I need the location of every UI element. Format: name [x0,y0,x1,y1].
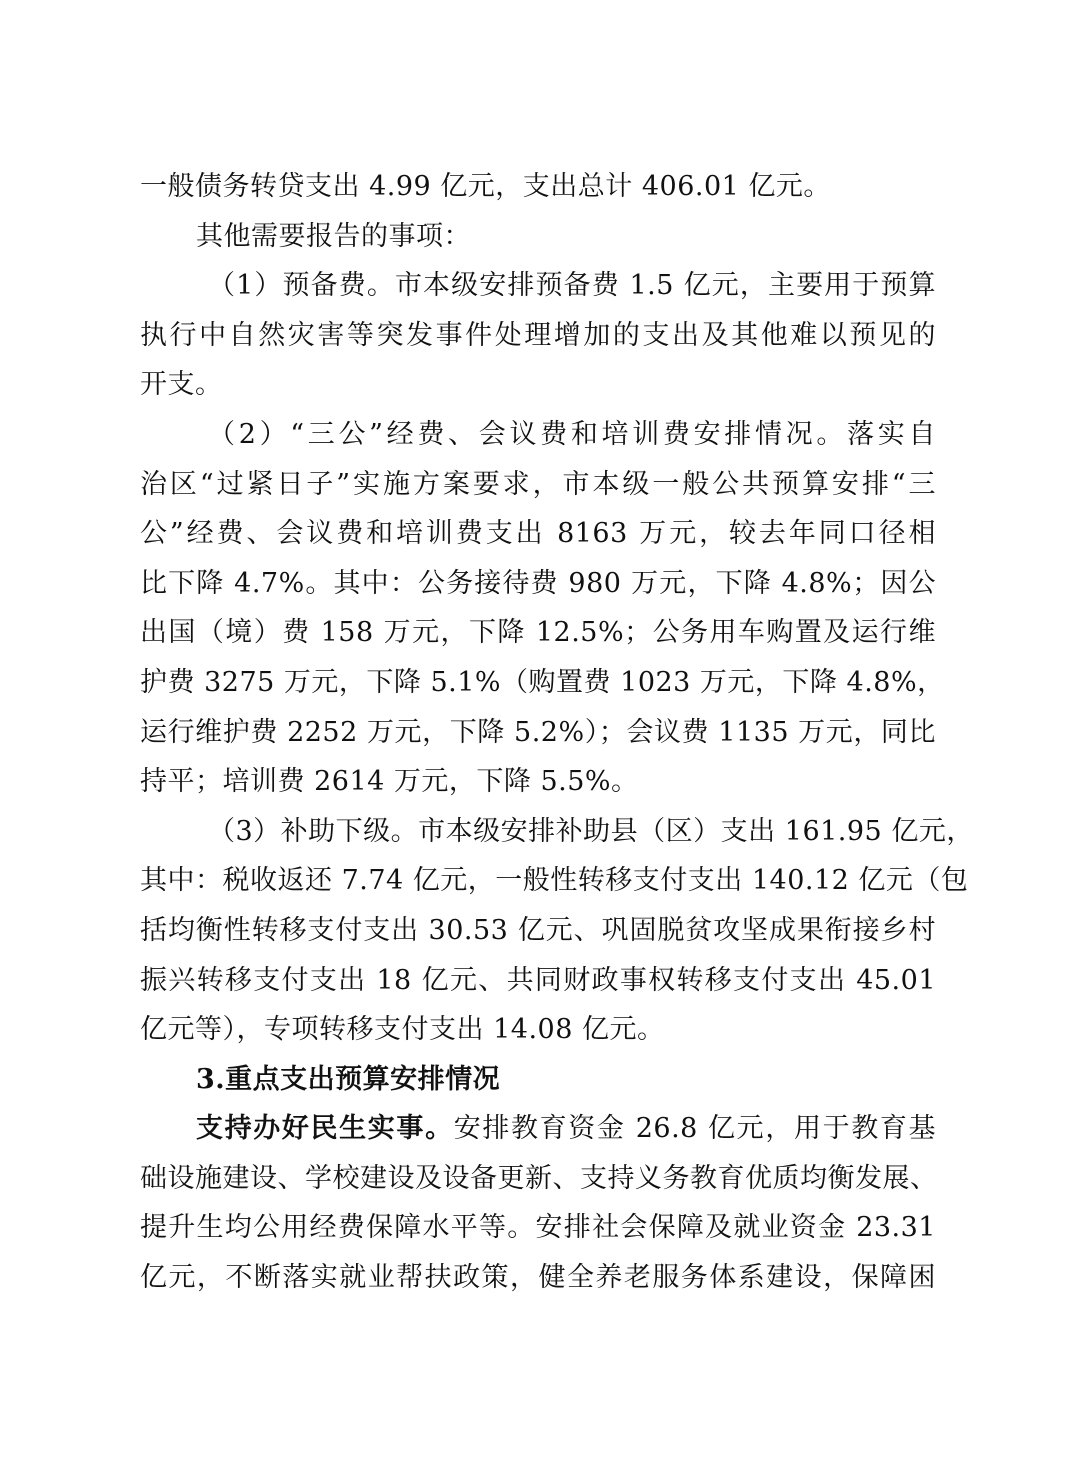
paragraph-line: 础设施建设、学校建设及设备更新、支持义务教育优质均衡发展、 [140,1154,936,1204]
section-label-other-matters: 其他需要报告的事项： [140,212,936,262]
paragraph-line: 提升生均公用经费保障水平等。安排社会保障及就业资金 23.31 [140,1203,936,1253]
paragraph-line: （2）“三公”经费、会议费和培训费安排情况。落实自 [140,410,936,460]
paragraph-line: 振兴转移支付支出 18 亿元、共同财政事权转移支付支出 45.01 [140,956,936,1006]
paragraph-line: 护费 3275 万元，下降 5.1%（购置费 1023 万元，下降 4.8%， [140,658,936,708]
paragraph-line: 其中：税收返还 7.74 亿元，一般性转移支付支出 140.12 亿元（包 [140,856,936,906]
paragraph-line: （3）补助下级。市本级安排补助县（区）支出 161.95 亿元， [140,807,936,857]
paragraph-line: 开支。 [140,360,936,410]
paragraph-line: 比下降 4.7%。其中：公务接待费 980 万元，下降 4.8%；因公 [140,559,936,609]
paragraph-line: 支持办好民生实事。安排教育资金 26.8 亿元，用于教育基 [140,1104,936,1154]
paragraph-line: 持平；培训费 2614 万元，下降 5.5%。 [140,757,936,807]
document-page: 一般债务转贷支出 4.99 亿元，支出总计 406.01 亿元。 其他需要报告的… [140,162,936,1303]
paragraph-line: （1）预备费。市本级安排预备费 1.5 亿元，主要用于预算 [140,261,936,311]
paragraph-line: 治区“过紧日子”实施方案要求，市本级一般公共预算安排“三 [140,460,936,510]
paragraph-text: 安排教育资金 26.8 亿元，用于教育基 [454,1113,936,1144]
section-heading: 3.重点支出预算安排情况 [140,1055,936,1105]
paragraph-line: 括均衡性转移支付支出 30.53 亿元、巩固脱贫攻坚成果衔接乡村 [140,906,936,956]
paragraph-line: 运行维护费 2252 万元，下降 5.2%）；会议费 1135 万元，同比 [140,708,936,758]
paragraph-line: 执行中自然灾害等突发事件处理增加的支出及其他难以预见的 [140,311,936,361]
paragraph-line: 亿元，不断落实就业帮扶政策，健全养老服务体系建设，保障困 [140,1253,936,1303]
paragraph-line: 出国（境）费 158 万元，下降 12.5%；公务用车购置及运行维 [140,608,936,658]
paragraph-line: 一般债务转贷支出 4.99 亿元，支出总计 406.01 亿元。 [140,162,936,212]
bold-lead-phrase: 支持办好民生实事。 [196,1113,454,1144]
paragraph-line: 亿元等），专项转移支付支出 14.08 亿元。 [140,1005,936,1055]
paragraph-line: 公”经费、会议费和培训费支出 8163 万元，较去年同口径相 [140,509,936,559]
